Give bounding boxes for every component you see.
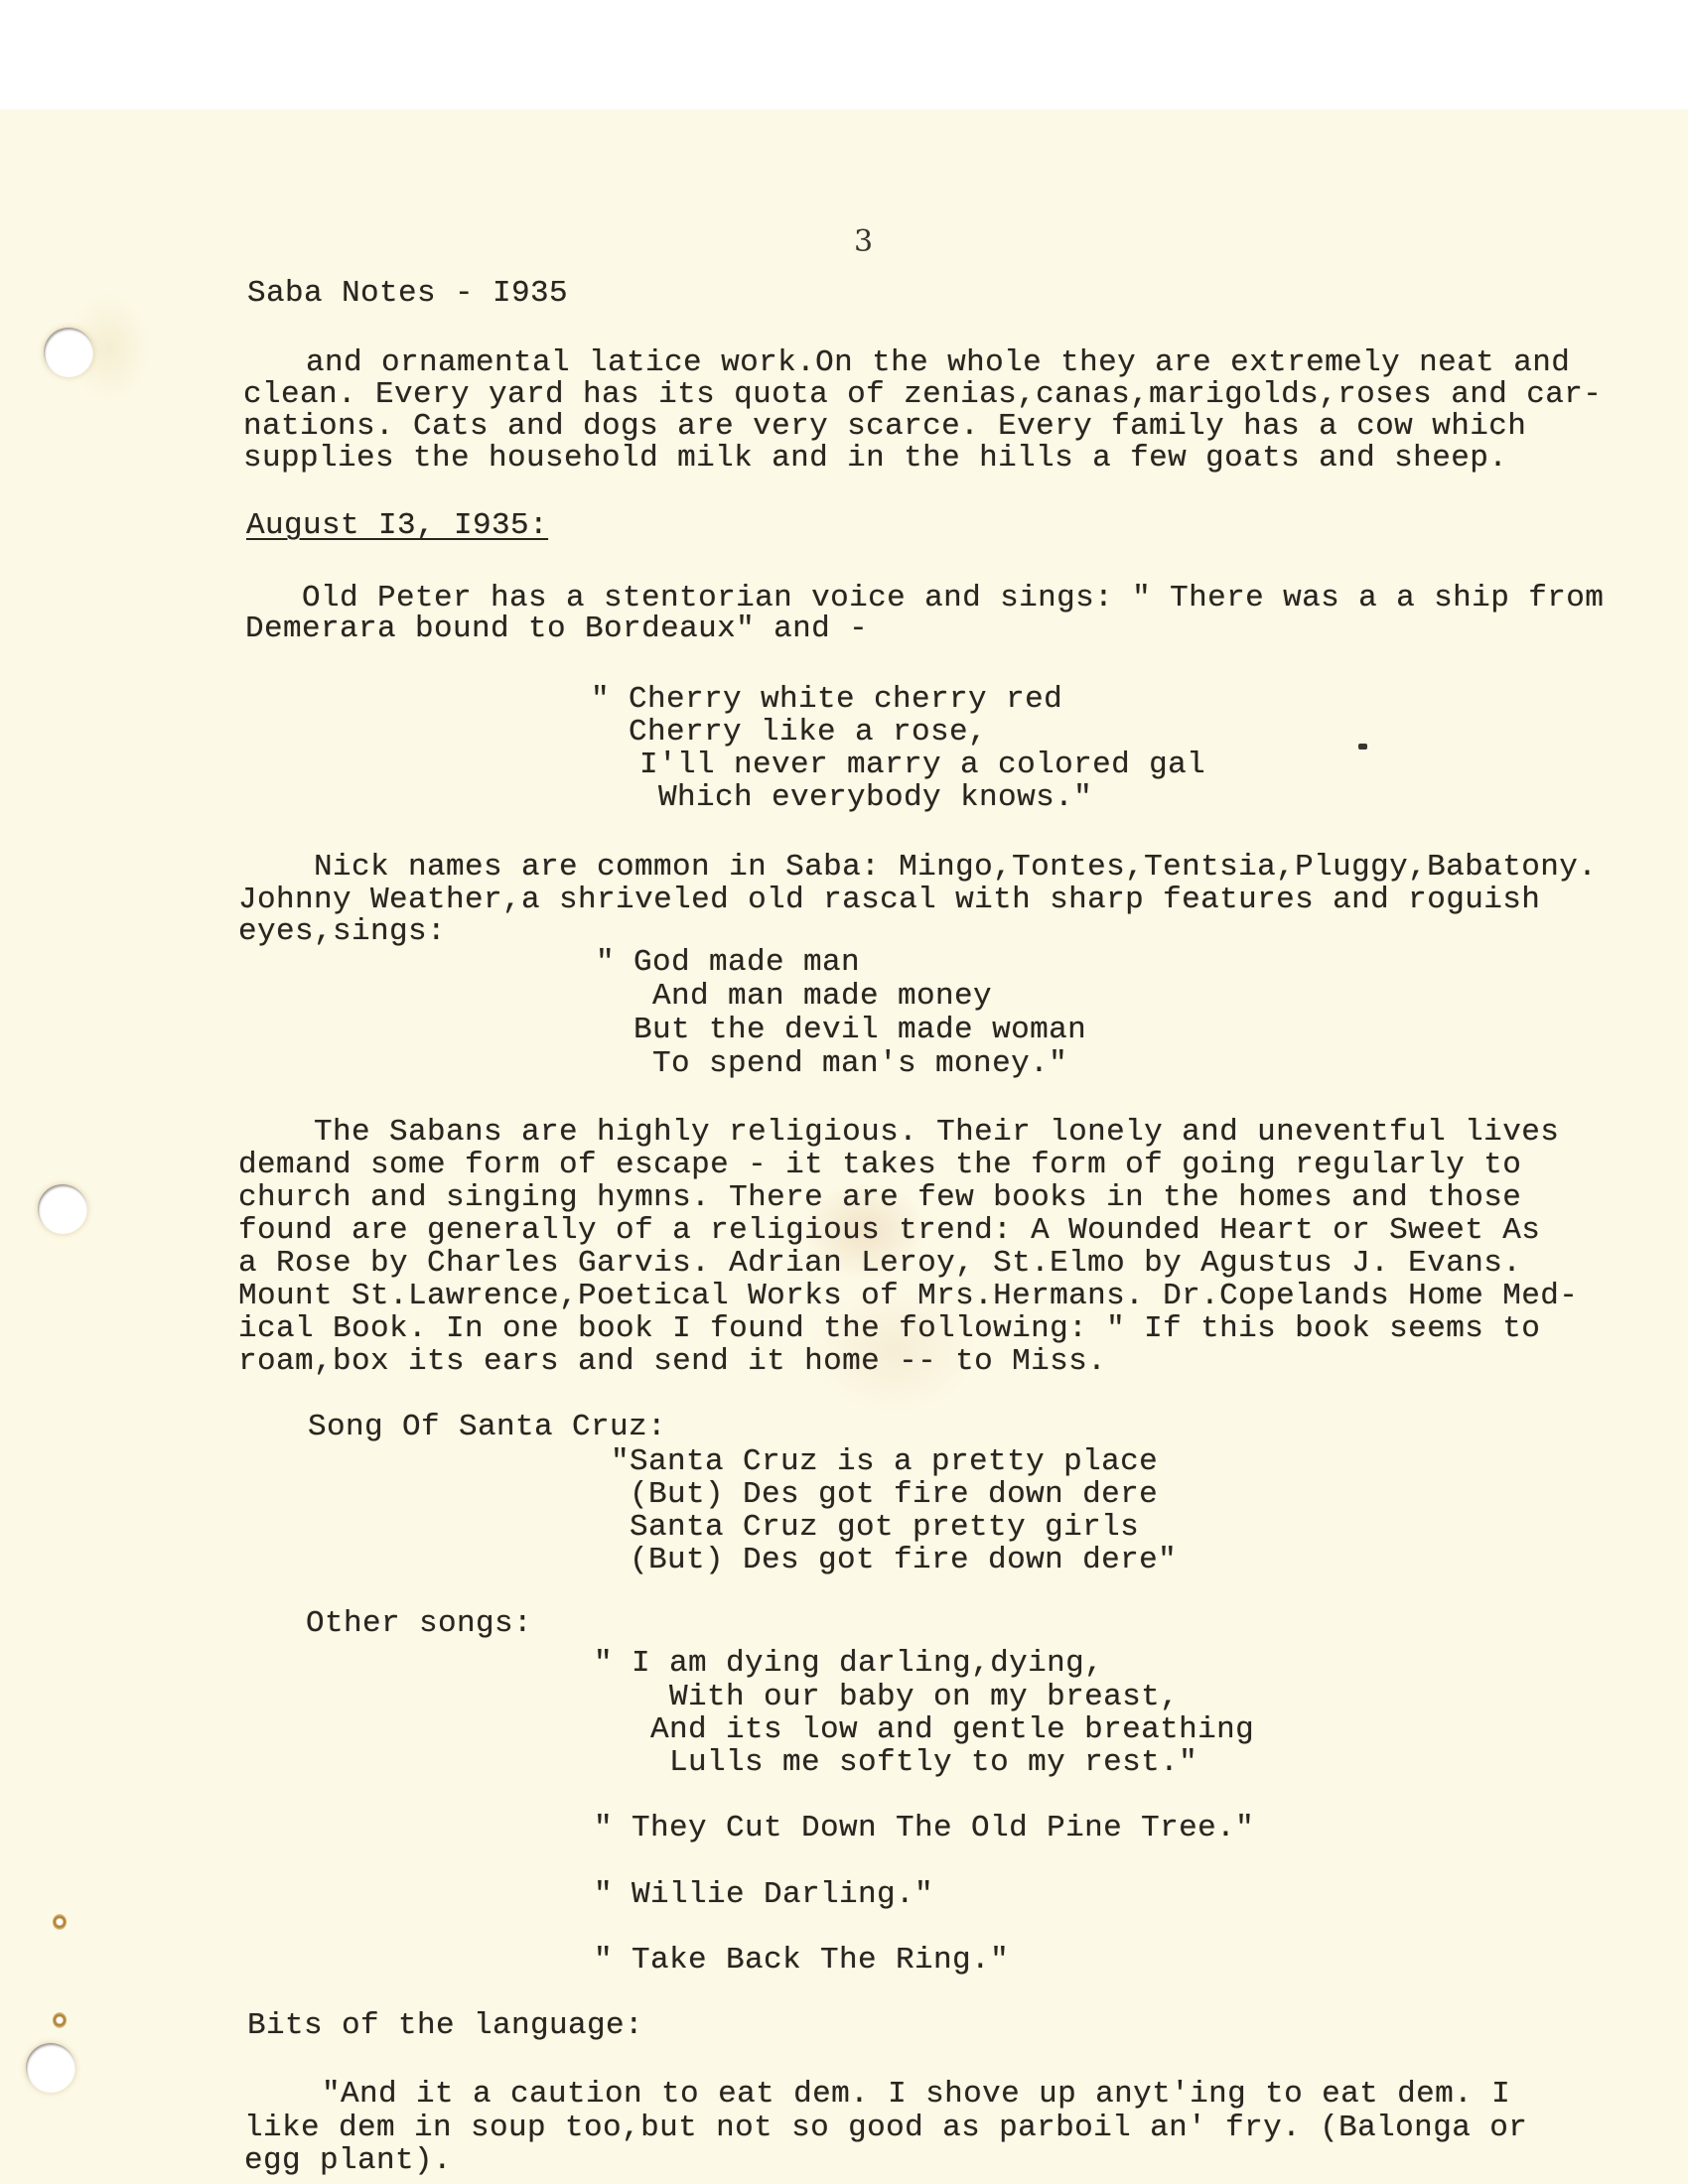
lyric-line: I'll never marry a colored gal xyxy=(621,750,1205,780)
text-line: roam,box its ears and send it home -- to… xyxy=(238,1346,1106,1377)
other-songs-label: Other songs: xyxy=(306,1608,532,1639)
text-line: Nick names are common in Saba: Mingo,Ton… xyxy=(314,852,1597,883)
text-line: like dem in soup too,but not so good as … xyxy=(244,2113,1527,2143)
lyric-line: To spend man's money." xyxy=(596,1048,1067,1079)
language-label: Bits of the language: xyxy=(247,2010,643,2041)
song-title: " Willie Darling." xyxy=(594,1879,933,1910)
text-line: Demerara bound to Bordeaux" and - xyxy=(245,614,868,644)
lyric-line: "Santa Cruz is a pretty place xyxy=(611,1446,1158,1477)
song-title: " Take Back The Ring." xyxy=(594,1945,1009,1976)
lyric-line: " I am dying darling,dying, xyxy=(594,1648,1103,1679)
text-line: egg plant). xyxy=(244,2145,452,2176)
text-line: ical Book. In one book I found the follo… xyxy=(238,1313,1540,1344)
text-line: nations. Cats and dogs are very scarce. … xyxy=(243,411,1526,442)
text-line: and ornamental latice work.On the whole … xyxy=(306,347,1570,378)
text-line: a Rose by Charles Garvis. Adrian Leroy, … xyxy=(238,1248,1521,1279)
text-line: "And it a caution to eat dem. I shove up… xyxy=(322,2079,1510,2110)
text-line: clean. Every yard has its quota of zenia… xyxy=(243,379,1602,410)
lyric-line: (But) Des got fire down dere" xyxy=(611,1545,1177,1575)
lyric-line: " Cherry white cherry red xyxy=(591,684,1062,715)
text-line: Old Peter has a stentorian voice and sin… xyxy=(302,583,1604,614)
lyric-line: But the devil made woman xyxy=(596,1015,1086,1045)
text-line: eyes,sings: xyxy=(238,916,446,947)
page-number: 3 xyxy=(854,224,874,259)
text-line: church and singing hymns. There are few … xyxy=(238,1182,1521,1213)
lyric-line: With our baby on my breast, xyxy=(594,1682,1179,1712)
text-line: Mount St.Lawrence,Poetical Works of Mrs.… xyxy=(238,1281,1578,1311)
text-line: supplies the household milk and in the h… xyxy=(243,443,1507,474)
lyric-line: Santa Cruz got pretty girls xyxy=(611,1512,1139,1543)
santa-cruz-label: Song Of Santa Cruz: xyxy=(308,1412,666,1442)
lyric-line: And its low and gentle breathing xyxy=(594,1714,1254,1745)
lyric-line: Cherry like a rose, xyxy=(591,717,987,748)
page-header: Saba Notes - I935 xyxy=(247,278,568,309)
date-heading: August I3, I935: xyxy=(246,510,548,541)
text-line: demand some form of escape - it takes th… xyxy=(238,1150,1521,1180)
lyric-line: Which everybody knows." xyxy=(621,782,1092,813)
lyric-line: And man made money xyxy=(596,981,992,1012)
lyric-line: Lulls me softly to my rest." xyxy=(594,1747,1197,1778)
text-line: Johnny Weather,a shriveled old rascal wi… xyxy=(238,885,1540,915)
song-title: " They Cut Down The Old Pine Tree." xyxy=(594,1813,1254,1843)
typed-page: 3 Saba Notes - I935 and ornamental latic… xyxy=(0,0,1688,2184)
lyric-line: " God made man xyxy=(596,947,860,978)
lyric-line: (But) Des got fire down dere xyxy=(611,1479,1158,1510)
text-line: The Sabans are highly religious. Their l… xyxy=(314,1117,1559,1148)
text-line: found are generally of a religious trend… xyxy=(238,1215,1540,1246)
